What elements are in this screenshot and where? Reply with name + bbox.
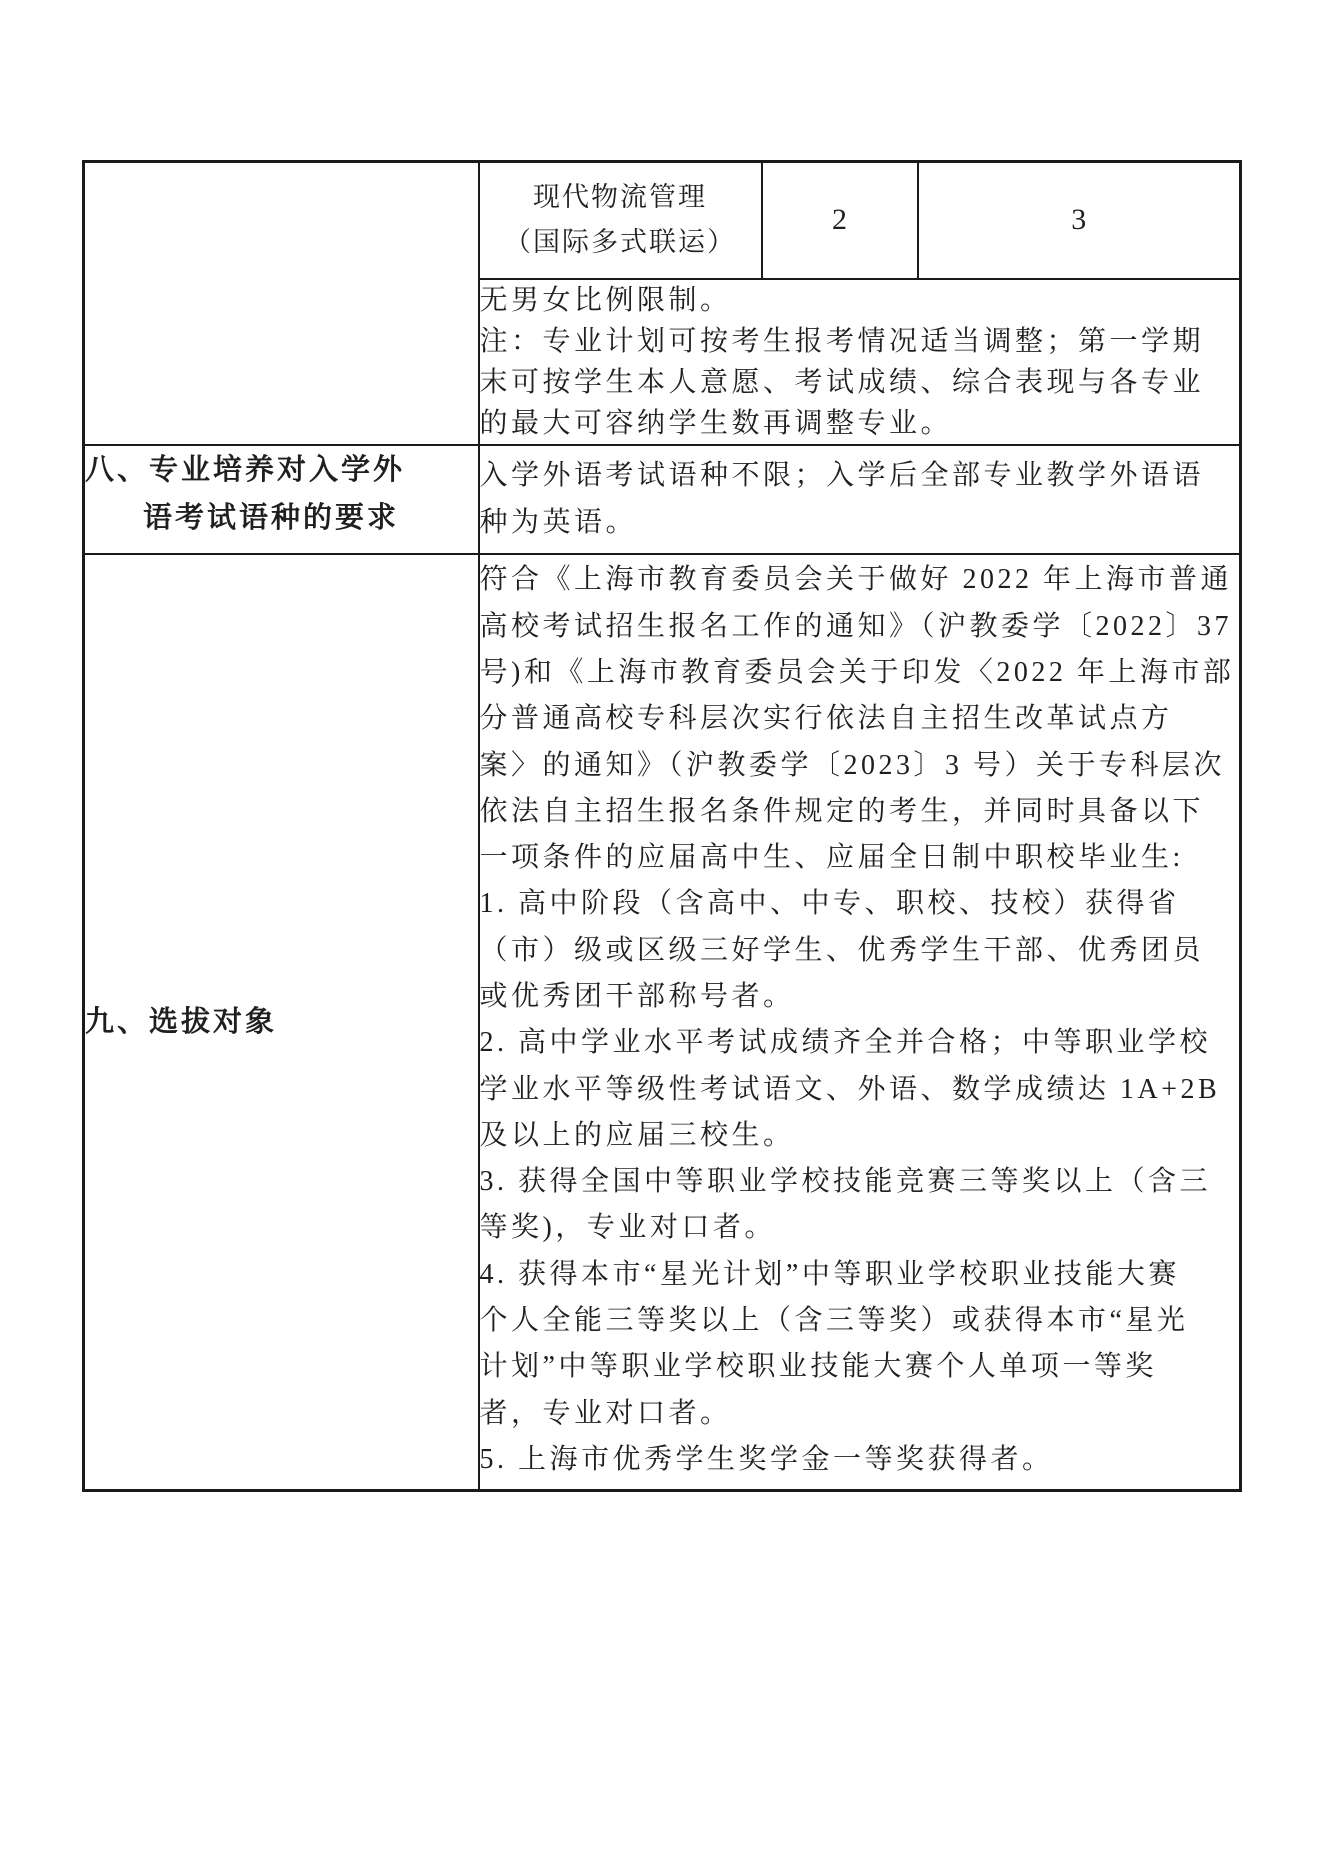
text-line: 种为英语。 xyxy=(480,499,1240,546)
row-eight-content-cell: 入学外语考试语种不限；入学后全部专业教学外语语种为英语。 xyxy=(479,445,1241,554)
text-line: 依法自主招生报名条件规定的考生，并同时具备以下 xyxy=(480,789,1240,835)
table-row: 现代物流管理 （国际多式联运） 2 3 xyxy=(84,162,1241,279)
program-name-cell: 现代物流管理 （国际多式联运） xyxy=(479,162,762,279)
text-line: 1. 高中阶段（含高中、中专、职校、技校）获得省 xyxy=(480,881,1240,927)
row-eight-label-line1: 八、专业培养对入学外 xyxy=(85,446,478,494)
text-line: 者，专业对口者。 xyxy=(480,1391,1240,1437)
gender-ratio-note-cell: 无男女比例限制。注：专业计划可按考生报考情况适当调整；第一学期末可按学生本人意愿… xyxy=(479,279,1241,446)
empty-label-cell xyxy=(84,162,479,446)
text-line: 高校考试招生报名工作的通知》（沪教委学〔2022〕37 xyxy=(480,604,1240,650)
table-row: 九、选拔对象 符合《上海市教育委员会关于做好 2022 年上海市普通高校考试招生… xyxy=(84,554,1241,1490)
text-line: 末可按学生本人意愿、考试成绩、综合表现与各专业 xyxy=(480,362,1240,403)
document-page: 现代物流管理 （国际多式联运） 2 3 无男女比例限制。注：专业计划可按考生报考… xyxy=(0,0,1322,1871)
text-line: （市）级或区级三好学生、优秀学生干部、优秀团员 xyxy=(480,928,1240,974)
row-nine-content-cell: 符合《上海市教育委员会关于做好 2022 年上海市普通高校考试招生报名工作的通知… xyxy=(479,554,1241,1490)
text-line: 及以上的应届三校生。 xyxy=(480,1113,1240,1159)
table-row: 八、专业培养对入学外 语考试语种的要求 入学外语考试语种不限；入学后全部专业教学… xyxy=(84,445,1241,554)
text-line: 注：专业计划可按考生报考情况适当调整；第一学期 xyxy=(480,321,1240,362)
text-line: 4. 获得本市“星光计划”中等职业学校职业技能大赛 xyxy=(480,1252,1240,1298)
text-line: 符合《上海市教育委员会关于做好 2022 年上海市普通 xyxy=(480,557,1240,603)
text-line: 入学外语考试语种不限；入学后全部专业教学外语语 xyxy=(480,452,1240,499)
program-name-line1: 现代物流管理 xyxy=(480,175,761,220)
text-line: 分普通高校专科层次实行依法自主招生改革试点方 xyxy=(480,696,1240,742)
text-line: 一项条件的应届高中生、应届全日制中职校毕业生: xyxy=(480,835,1240,881)
text-line: 5. 上海市优秀学生奖学金一等奖获得者。 xyxy=(480,1437,1240,1483)
text-line: 2. 高中学业水平考试成绩齐全并合格；中等职业学校 xyxy=(480,1020,1240,1066)
text-line: 号)和《上海市教育委员会关于印发〈2022 年上海市部 xyxy=(480,650,1240,696)
text-line: 的最大可容纳学生数再调整专业。 xyxy=(480,403,1240,444)
admissions-table: 现代物流管理 （国际多式联运） 2 3 无男女比例限制。注：专业计划可按考生报考… xyxy=(82,160,1242,1492)
plan-count-cell: 2 xyxy=(762,162,918,279)
text-line: 或优秀团干部称号者。 xyxy=(480,974,1240,1020)
row-nine-label-cell: 九、选拔对象 xyxy=(84,554,479,1490)
row-nine-label: 九、选拔对象 xyxy=(85,998,478,1046)
row-eight-label-line2: 语考试语种的要求 xyxy=(85,494,478,542)
text-line: 无男女比例限制。 xyxy=(480,280,1240,321)
text-line: 等奖)，专业对口者。 xyxy=(480,1205,1240,1251)
program-name-line2: （国际多式联运） xyxy=(480,220,761,265)
text-line: 计划”中等职业学校职业技能大赛个人单项一等奖 xyxy=(480,1344,1240,1390)
text-line: 案〉的通知》（沪教委学〔2023〕3 号）关于专科层次 xyxy=(480,743,1240,789)
text-line: 个人全能三等奖以上（含三等奖）或获得本市“星光 xyxy=(480,1298,1240,1344)
quota-count-cell: 3 xyxy=(918,162,1241,279)
row-eight-label-cell: 八、专业培养对入学外 语考试语种的要求 xyxy=(84,445,479,554)
text-line: 学业水平等级性考试语文、外语、数学成绩达 1A+2B xyxy=(480,1067,1240,1113)
text-line: 3. 获得全国中等职业学校技能竞赛三等奖以上（含三 xyxy=(480,1159,1240,1205)
